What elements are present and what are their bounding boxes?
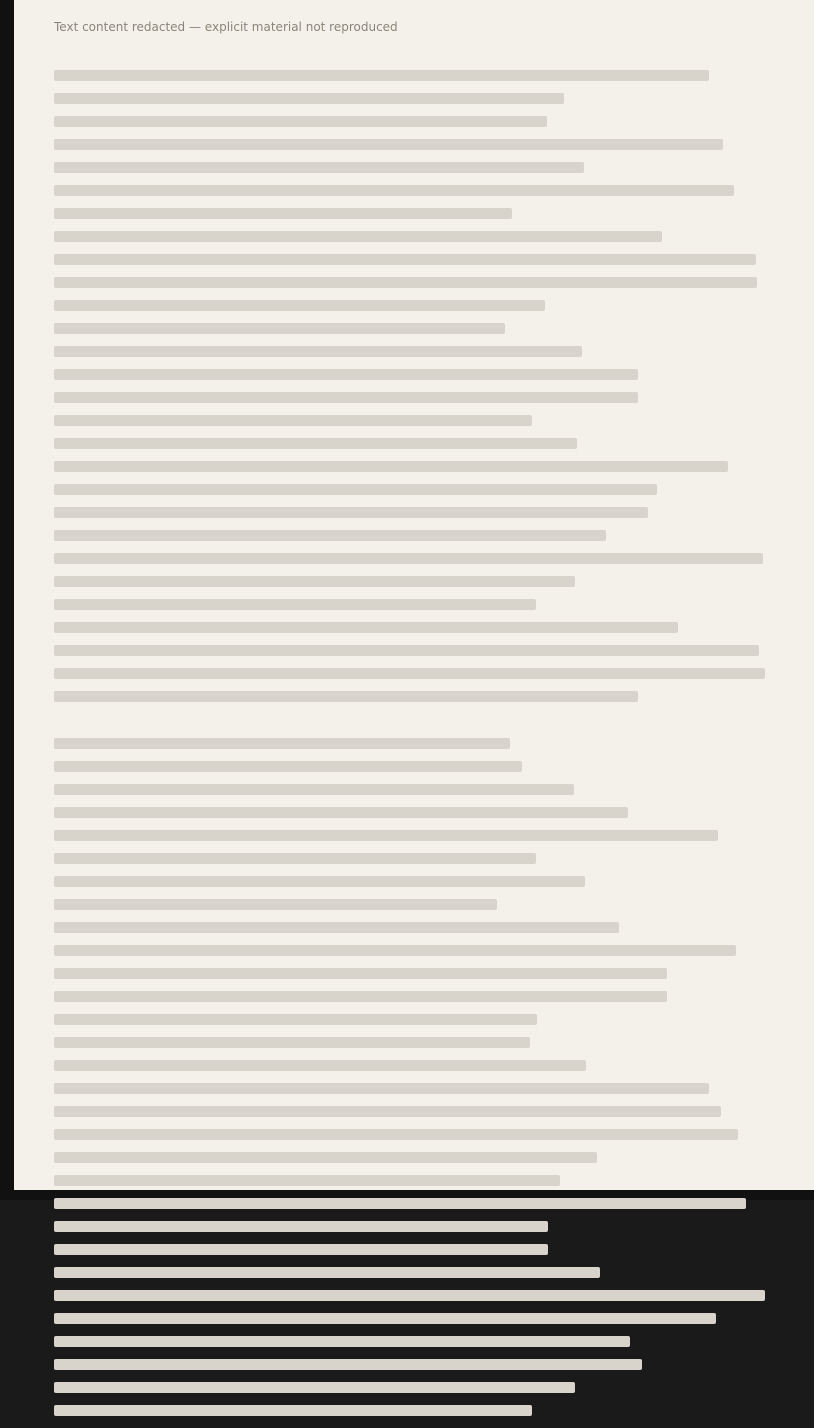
text-block [54,70,784,1428]
redacted-text-line [54,231,662,242]
redacted-text-line [54,1175,560,1186]
redacted-text-line [54,208,512,219]
redacted-text-line [54,1336,630,1347]
redacted-text-line [54,1083,709,1094]
redacted-text-line [54,392,638,403]
redacted-text-line [54,1037,530,1048]
redacted-text-line [54,761,522,772]
redacted-text-line [54,162,584,173]
redacted-text-line [54,185,734,196]
redacted-text-line [54,461,728,472]
redacted-text-line [54,254,756,265]
redacted-text-line [54,369,638,380]
redacted-text-line [54,576,575,587]
redacted-text-line [54,1014,537,1025]
redacted-text-line [54,1060,586,1071]
redacted-text-line [54,1359,642,1370]
redacted-text-line [54,622,678,633]
redacted-text-line [54,599,536,610]
redacted-text-line [54,853,536,864]
redacted-text-line [54,1106,721,1117]
redacted-text-line [54,116,547,127]
redacted-text-line [54,300,545,311]
scanned-page: Text content redacted — explicit materia… [0,0,814,1200]
redacted-text-line [54,876,585,887]
redacted-text-line [54,438,577,449]
redacted-text-line [54,346,582,357]
redacted-text-line [54,738,510,749]
redaction-note: Text content redacted — explicit materia… [54,20,398,34]
redacted-text-line [54,991,667,1002]
redacted-text-line [54,807,628,818]
redacted-text-line [54,277,757,288]
redacted-text-line [54,553,763,564]
redacted-text-line [54,1267,600,1278]
redacted-text-line [54,1221,548,1232]
redacted-text-line [54,93,564,104]
redacted-text-line [54,1244,548,1255]
redacted-text-line [54,530,606,541]
redacted-text-line [54,691,638,702]
redacted-text-line [54,1290,765,1301]
redacted-text-line [54,668,765,679]
redacted-text-line [54,1129,738,1140]
redacted-text-line [54,484,657,495]
redacted-text-line [54,899,497,910]
redacted-text-line [54,323,505,334]
redacted-text-line [54,70,709,81]
redacted-text-line [54,968,667,979]
redacted-text-line [54,830,718,841]
redacted-text-line [54,1313,716,1324]
redacted-text-line [54,784,574,795]
redacted-text-line [54,507,648,518]
redacted-text-line [54,1382,575,1393]
redacted-text-line [54,922,619,933]
redacted-text-line [54,415,532,426]
redacted-text-line [54,1405,532,1416]
redacted-text-line [54,645,759,656]
redacted-text-line [54,139,723,150]
redacted-text-line [54,945,736,956]
redacted-text-line [54,1152,597,1163]
